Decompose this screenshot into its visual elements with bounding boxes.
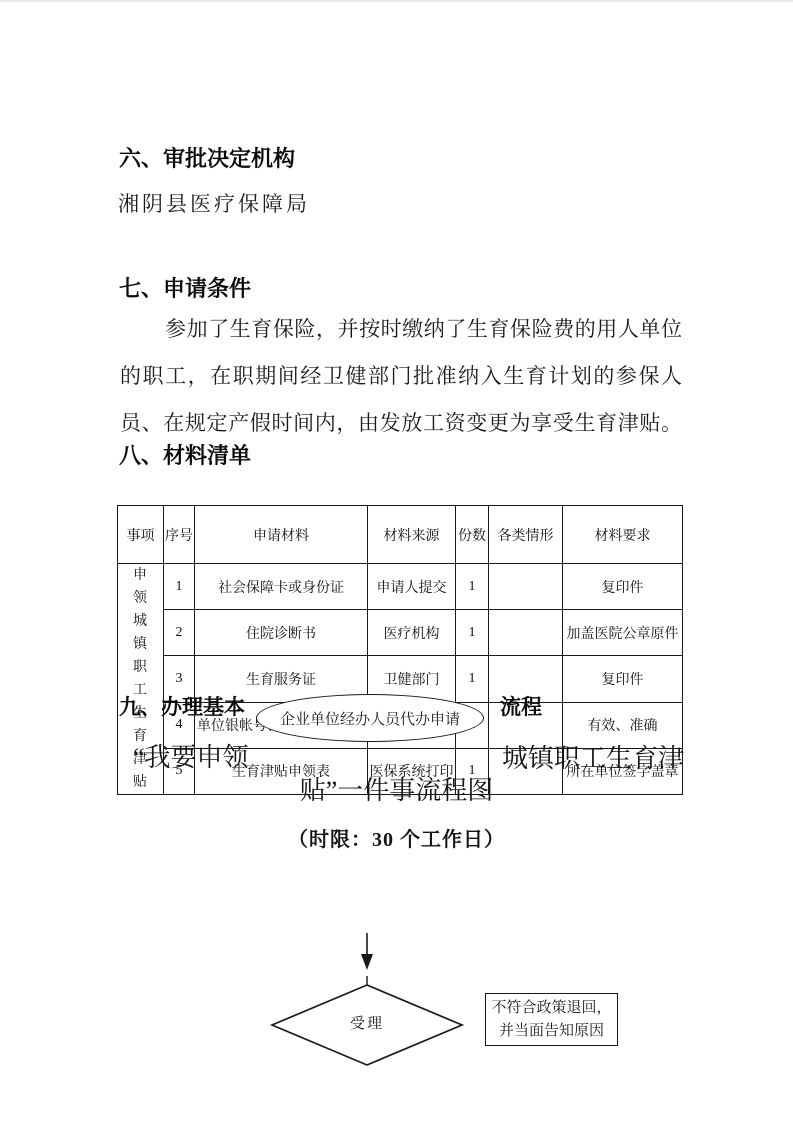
section-7-heading: 七、申请条件 xyxy=(119,276,251,302)
approval-agency-text: 湘阴县医疗保障局 xyxy=(118,188,310,218)
accept-diamond-label: 受理 xyxy=(287,1013,447,1035)
column-header-item: 事项 xyxy=(118,506,164,564)
cell-count: 1 xyxy=(456,564,489,610)
paragraph-line: 的职工，在职期间经卫健部门批准纳入生育计划的参保人 xyxy=(120,353,682,400)
reject-note-line-2: 并当面告知原因 xyxy=(499,1020,604,1043)
column-header-material: 申请材料 xyxy=(195,506,368,564)
cell-source: 医疗机构 xyxy=(368,610,456,656)
cell-no: 1 xyxy=(164,564,195,610)
section-6-heading: 六、审批决定机构 xyxy=(119,146,295,172)
cell-requirement: 加盖医院公章原件 xyxy=(563,610,683,656)
section-8-heading: 八、材料清单 xyxy=(119,443,251,469)
flowchart-canvas xyxy=(0,900,793,1080)
page-top-divider xyxy=(0,0,793,2)
cell-requirement: 复印件 xyxy=(563,656,683,702)
flow-title-line-3: 贴”一件事流程图 xyxy=(0,770,793,807)
document-page: { "section6": { "heading": "六、审批决定机构", "… xyxy=(0,0,793,1122)
section-9-heading-part-1: 九、办理基本 xyxy=(119,695,245,721)
agent-application-label: 企业单位经办人员代办申请 xyxy=(280,708,460,729)
cell-situation xyxy=(489,610,563,656)
time-limit-note: （时限：30 个工作日） xyxy=(0,823,793,852)
paragraph-line: 员、在规定产假时间内，由发放工资变更为享受生育津贴。 xyxy=(120,400,682,447)
table-header-row: 事项 序号 申请材料 材料来源 份数 各类情形 材料要求 xyxy=(118,506,683,564)
column-header-requirement: 材料要求 xyxy=(563,506,683,564)
table-row: 2 住院诊断书 医疗机构 1 加盖医院公章原件 xyxy=(118,610,683,656)
cell-count: 1 xyxy=(456,656,489,702)
column-header-no: 序号 xyxy=(164,506,195,564)
agent-application-ellipse: 企业单位经办人员代办申请 xyxy=(256,694,484,742)
section-9-heading-part-2: 流程 xyxy=(500,695,542,721)
reject-note-box: 不符合政策退回， 并当面告知原因 xyxy=(485,993,618,1046)
cell-source: 申请人提交 xyxy=(368,564,456,610)
cell-count: 1 xyxy=(456,610,489,656)
flow-title-line-2-left: “我要申领 xyxy=(133,737,249,774)
cell-material: 社会保障卡或身份证 xyxy=(195,564,368,610)
cell-material: 住院诊断书 xyxy=(195,610,368,656)
reject-note-line-1: 不符合政策退回， xyxy=(491,997,611,1020)
flow-arrow-head-icon xyxy=(361,954,373,970)
cell-requirement: 复印件 xyxy=(563,564,683,610)
application-conditions-paragraph: 参加了生育保险，并按时缴纳了生育保险费的用人单位 的职工，在职期间经卫健部门批准… xyxy=(120,306,682,447)
paragraph-line: 参加了生育保险，并按时缴纳了生育保险费的用人单位 xyxy=(120,306,682,353)
cell-no: 2 xyxy=(164,610,195,656)
column-header-situation: 各类情形 xyxy=(489,506,563,564)
cell-situation xyxy=(489,564,563,610)
column-header-count: 份数 xyxy=(456,506,489,564)
column-header-source: 材料来源 xyxy=(368,506,456,564)
table-row: 申领城镇职工生育津贴 1 社会保障卡或身份证 申请人提交 1 复印件 xyxy=(118,564,683,610)
